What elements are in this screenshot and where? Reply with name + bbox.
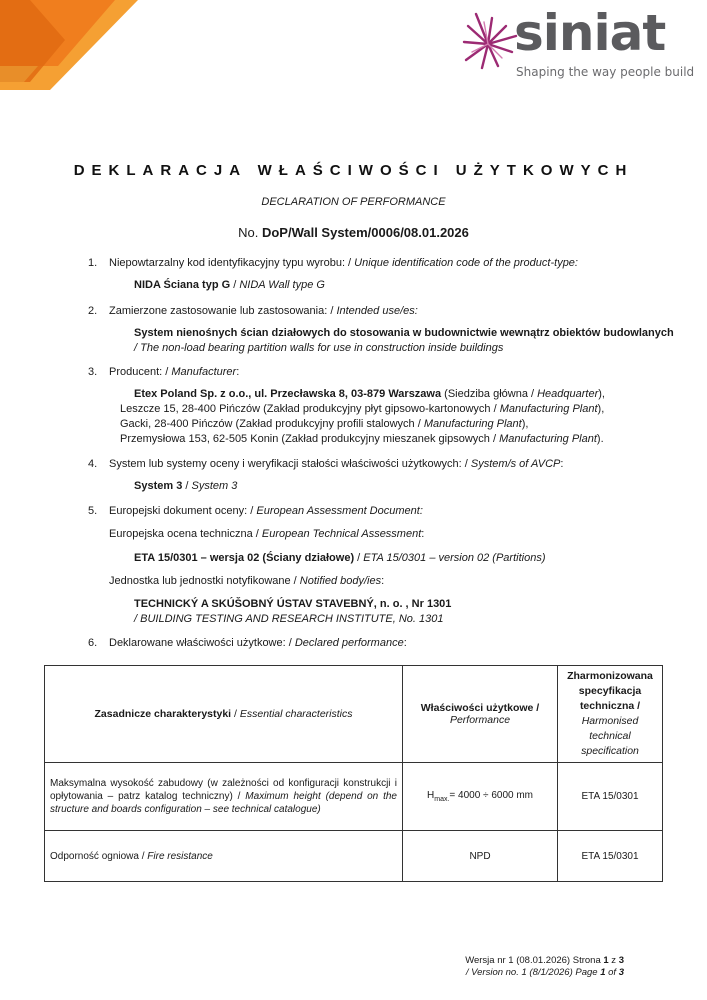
section-1-value: NIDA Ściana typ G / NIDA Wall type G bbox=[134, 278, 325, 293]
notified-body-value: TECHNICKÝ A SKÚŠOBNÝ ÚSTAV STAVEBNÝ, n. … bbox=[134, 597, 451, 627]
notified-body-label: Jednostka lub jednostki notyfikowane / N… bbox=[109, 574, 384, 588]
siniat-logo: siniat Shaping the way people build bbox=[462, 10, 677, 82]
document-number: No. DoP/Wall System/0006/08.01.2026 bbox=[0, 225, 707, 240]
docno-prefix: No. bbox=[238, 225, 262, 240]
table-row: Odporność ogniowa / Fire resistance NPD … bbox=[45, 831, 663, 882]
corner-decoration bbox=[0, 0, 140, 95]
section-3-label: 3.Producent: / Manufacturer: bbox=[88, 365, 239, 379]
spec-cell: ETA 15/0301 bbox=[558, 831, 663, 882]
section-6-label: 6.Deklarowane właściwości użytkowe: / De… bbox=[88, 636, 407, 650]
eta-label: Europejska ocena techniczna / European T… bbox=[109, 527, 424, 541]
characteristic-cell: Odporność ogniowa / Fire resistance bbox=[45, 831, 403, 882]
section-1-label: 1.Niepowtarzalny kod identyfikacyjny typ… bbox=[88, 256, 578, 270]
address-line: Gacki, 28-400 Pińczów (Zakład produkcyjn… bbox=[120, 417, 605, 432]
performance-cell: Hmax.= 4000 ÷ 6000 mm bbox=[403, 763, 558, 831]
footer-line-en: / Version no. 1 (8/1/2026) Page 1 of 3 bbox=[465, 967, 624, 979]
logo-tagline: Shaping the way people build bbox=[516, 65, 694, 79]
address-line: Etex Poland Sp. z o.o., ul. Przecławska … bbox=[134, 387, 605, 402]
table-row: Maksymalna wysokość zabudowy (w zależnoś… bbox=[45, 763, 663, 831]
eta-value: ETA 15/0301 – wersja 02 (Ściany działowe… bbox=[134, 551, 546, 566]
section-2-value: System nienośnych ścian działowych do st… bbox=[134, 326, 674, 356]
table-header-row: Zasadnicze charakterystyki / Essential c… bbox=[45, 666, 663, 763]
starburst-icon bbox=[462, 12, 518, 70]
performance-cell: NPD bbox=[403, 831, 558, 882]
declared-performance-table: Zasadnicze charakterystyki / Essential c… bbox=[44, 665, 663, 882]
logo-wordmark: siniat bbox=[514, 4, 665, 62]
section-5-label: 5.Europejski dokument oceny: / European … bbox=[88, 504, 423, 518]
characteristic-cell: Maksymalna wysokość zabudowy (w zależnoś… bbox=[45, 763, 403, 831]
section-2-label: 2.Zamierzone zastosowanie lub zastosowan… bbox=[88, 304, 418, 318]
page-subtitle: DECLARATION OF PERFORMANCE bbox=[0, 196, 707, 208]
header-performance: Właściwości użytkowe / Performance bbox=[403, 666, 558, 763]
manufacturer-addresses: Etex Poland Sp. z o.o., ul. Przecławska … bbox=[134, 387, 605, 447]
address-line: Przemysłowa 153, 62-505 Konin (Zakład pr… bbox=[120, 432, 605, 447]
header-harmonised-spec: Zharmonizowana specyfikacja techniczna /… bbox=[558, 666, 663, 763]
page-title: DEKLARACJA WŁAŚCIWOŚCI UŻYTKOWYCH bbox=[0, 162, 707, 179]
spec-cell: ETA 15/0301 bbox=[558, 763, 663, 831]
page-footer: Wersja nr 1 (08.01.2026) Strona 1 z 3 / … bbox=[465, 955, 624, 979]
address-line: Leszcze 15, 28-400 Pińczów (Zakład produ… bbox=[120, 402, 605, 417]
section-4-label: 4.System lub systemy oceny i weryfikacji… bbox=[88, 457, 563, 471]
docno-value: DoP/Wall System/0006/08.01.2026 bbox=[262, 225, 469, 240]
header-essential-characteristics: Zasadnicze charakterystyki / Essential c… bbox=[45, 666, 403, 763]
section-4-value: System 3 / System 3 bbox=[134, 479, 237, 494]
footer-line-pl: Wersja nr 1 (08.01.2026) Strona 1 z 3 bbox=[465, 955, 624, 967]
